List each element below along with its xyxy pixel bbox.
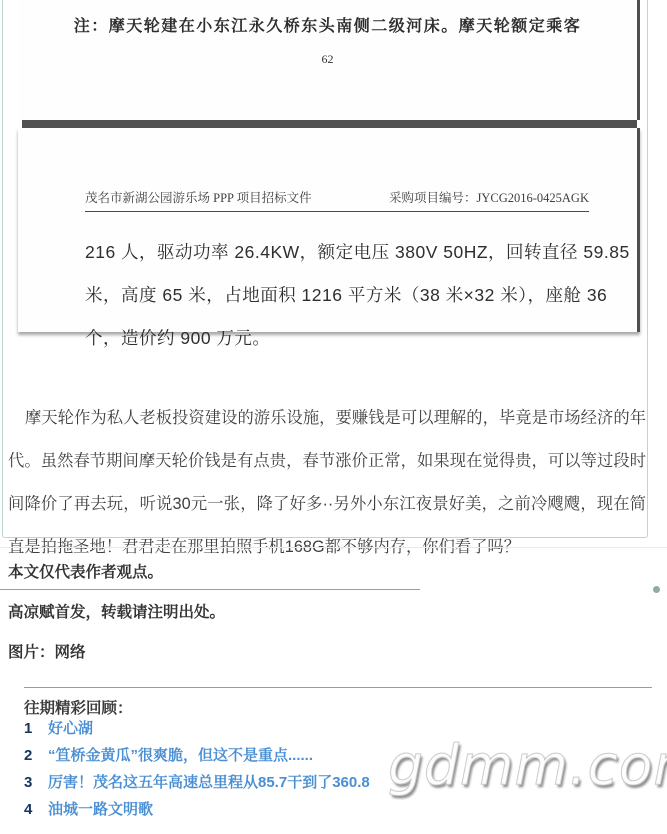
document-image-page2: 茂名市新湖公园游乐场 PPP 项目招标文件 采购项目编号：JYCG2016-04… — [18, 128, 640, 332]
recap-link-daqiao-cucumber[interactable]: “笪桥金黄瓜”很爽脆，但这不是重点...... — [48, 747, 313, 764]
recap-item-number: 2 — [24, 747, 38, 764]
recap-link-highway-mileage[interactable]: 厉害！茂名这五年高速总里程从85.7干到了360.8 — [48, 774, 370, 791]
image-credit-text: 图片：网络 — [8, 640, 86, 662]
recap-item-number: 1 — [24, 720, 38, 737]
source-note-text: 高凉赋首发，转载请注明出处。 — [8, 600, 225, 622]
recap-item-number: 3 — [24, 774, 38, 791]
decorative-dot — [653, 586, 660, 593]
recap-list: 1 好心湖 2 “笪桥金黄瓜”很爽脆，但这不是重点...... 3 厉害！茂名这… — [24, 720, 644, 828]
recap-item-row: 4 油城一路文明歌 — [24, 801, 644, 818]
recap-link-youcheng-song[interactable]: 油城一路文明歌 — [48, 801, 153, 818]
recap-item-number: 4 — [24, 801, 38, 818]
doc2-spec-text: 216 人，驱动功率 26.4KW，额定电压 380V 50HZ，回转直径 59… — [85, 231, 609, 360]
doc1-note-text: 注：摩天轮建在小东江永久桥东头南侧二级河床。摩天轮额定乘客 — [18, 0, 637, 36]
recap-link-haoxinhu[interactable]: 好心湖 — [48, 720, 93, 737]
document-image-page1: 注：摩天轮建在小东江永久桥东头南侧二级河床。摩天轮额定乘客 62 — [18, 0, 640, 120]
screenshot-divider-bar — [22, 120, 637, 128]
doc2-spec-line: 216 人，驱动功率 26.4KW，额定电压 380V 50HZ，回转直径 59… — [85, 231, 609, 274]
doc2-header-row: 茂名市新湖公园游乐场 PPP 项目招标文件 采购项目编号：JYCG2016-04… — [85, 188, 589, 212]
doc2-spec-line: 个，造价约 900 万元。 — [85, 317, 609, 360]
disclaimer-text: 本文仅代表作者观点。 — [8, 560, 163, 582]
recap-item-row: 1 好心湖 — [24, 720, 644, 737]
recap-top-border — [24, 687, 652, 688]
section-separator-line — [0, 547, 667, 548]
doc2-spec-line: 米，高度 65 米，占地面积 1216 平方米（38 米×32 米），座舱 36 — [85, 274, 609, 317]
doc2-header-project-number: 采购项目编号：JYCG2016-0425AGK — [389, 188, 589, 206]
commentary-paragraph: 摩天轮作为私人老板投资建设的游乐设施，要赚钱是可以理解的，毕竟是市场经济的年代。… — [8, 397, 646, 569]
recap-item-row: 2 “笪桥金黄瓜”很爽脆，但这不是重点...... — [24, 747, 644, 764]
recap-title: 往期精彩回顾： — [24, 696, 133, 718]
doc1-page-number: 62 — [18, 52, 637, 67]
partial-separator-line — [0, 589, 420, 590]
recap-item-row: 3 厉害！茂名这五年高速总里程从85.7干到了360.8 — [24, 774, 644, 791]
doc2-header-title: 茂名市新湖公园游乐场 PPP 项目招标文件 — [85, 188, 312, 206]
